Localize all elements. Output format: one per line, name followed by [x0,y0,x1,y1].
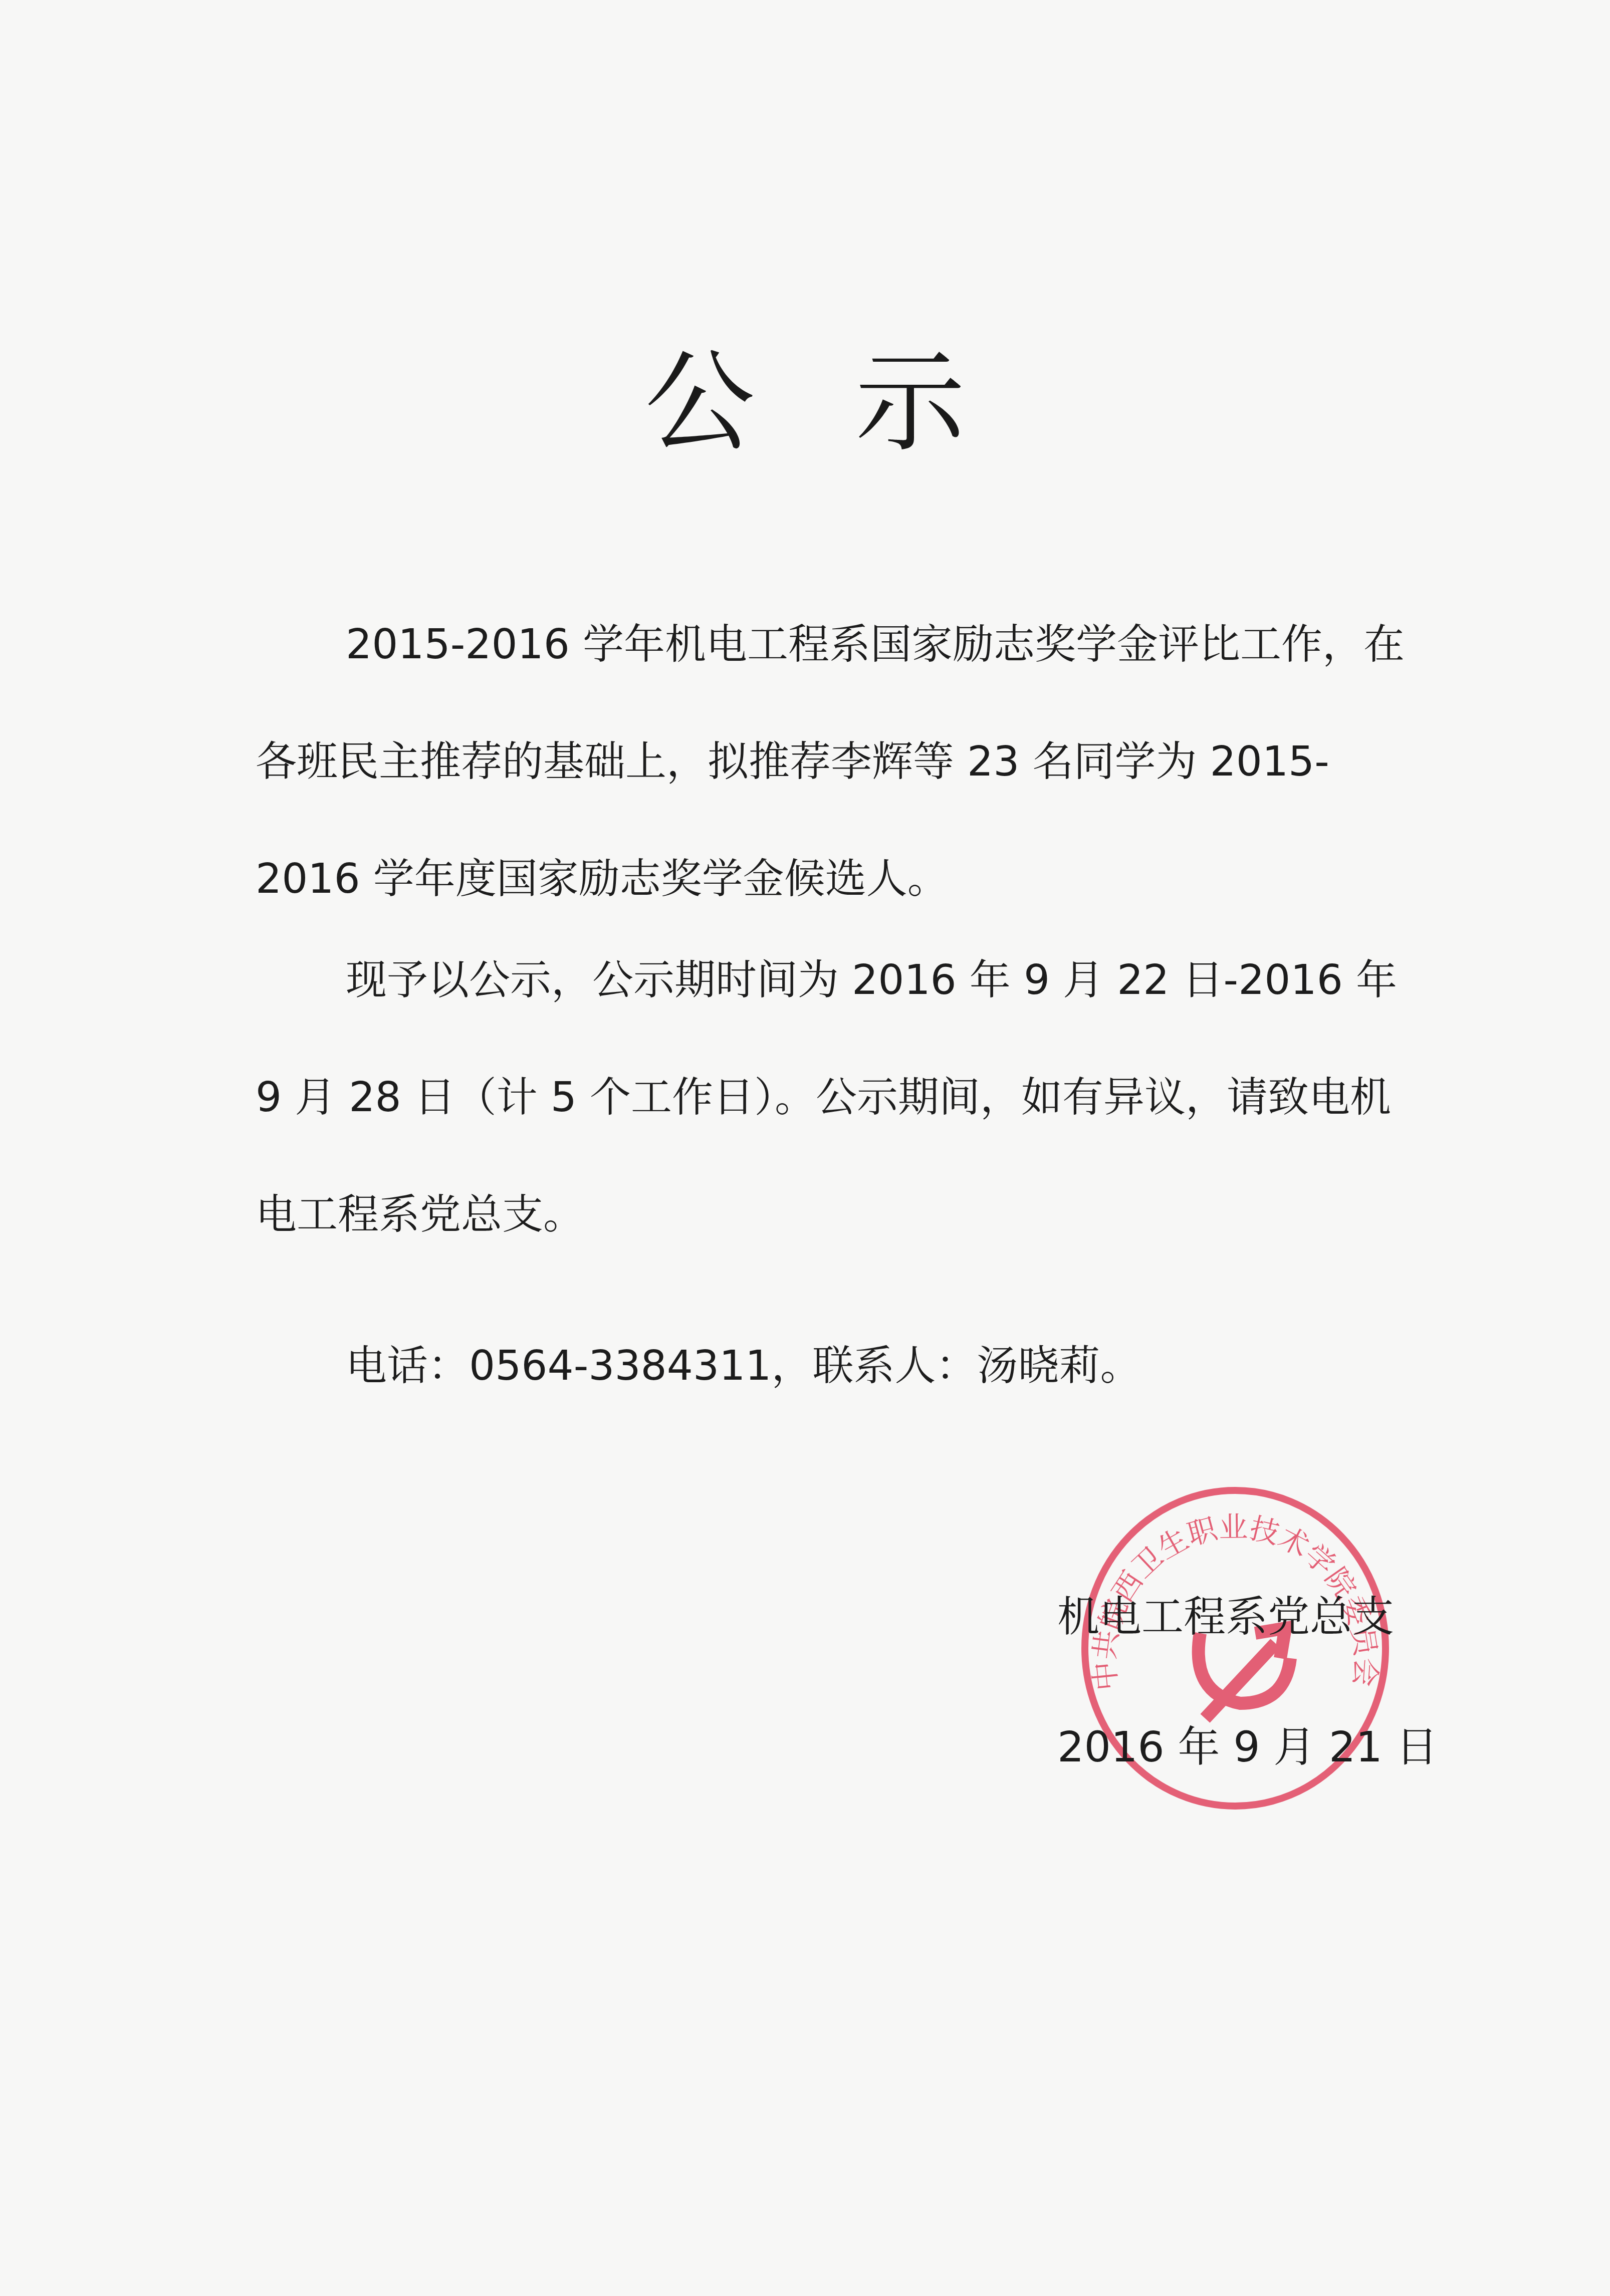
paragraph-announcement: 2015-2016 学年机电工程系国家励志奖学金评比工作，在各班民主推荐的基础上… [256,586,1408,938]
paragraph-contact: 电话：0564-3384311，联系人：汤晓莉。 [256,1308,1408,1425]
document-page: 公示 2015-2016 学年机电工程系国家励志奖学金评比工作，在各班民主推荐的… [0,0,1610,2296]
paragraph-publicity-period: 现予以公示，公示期时间为 2016 年 9 月 22 日-2016 年 9 月 … [256,922,1408,1273]
signature-organization: 机电工程系党总支 [1057,1583,1394,1644]
signature-date: 2016 年 9 月 21 日 [1057,1713,1438,1774]
page-title: 公示 [0,314,1610,472]
